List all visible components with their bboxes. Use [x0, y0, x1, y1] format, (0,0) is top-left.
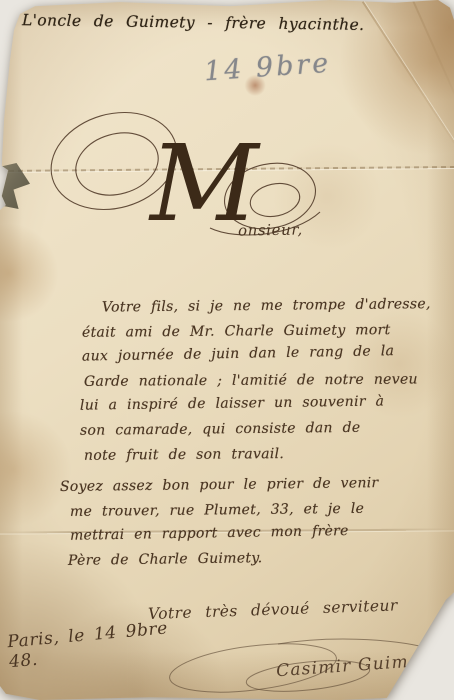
letter-body: Votre fils, si je ne me trompe d'adresse…: [58, 296, 434, 574]
paper-shadow: L'oncle de Guimety - frère hyacinthe. 14…: [0, 0, 454, 700]
letter-line: Votre fils, si je ne me trompe d'adresse…: [58, 292, 434, 321]
pencil-date-note: 14 9bre: [203, 48, 332, 88]
torn-edge-patch: [0, 163, 30, 209]
letter-line: lui a inspiré de laisser un souvenir à: [58, 389, 434, 419]
letter-line: aux journée de juin dan le rang de la: [58, 339, 434, 370]
letter-line: son camarade, qui consiste dan de: [58, 415, 434, 444]
top-annotation: L'oncle de Guimety - frère hyacinthe.: [22, 11, 434, 35]
letter-line: Père de Charle Guimety.: [58, 544, 434, 574]
letter-photo: L'oncle de Guimety - frère hyacinthe. 14…: [0, 0, 454, 700]
letter-line: Soyez assez bon pour le prier de venir: [58, 471, 434, 500]
salutation-suffix: onsieur,: [238, 220, 303, 239]
paper-sheet: L'oncle de Guimety - frère hyacinthe. 14…: [0, 0, 454, 700]
letter-line: note fruit de son travail.: [58, 440, 434, 468]
